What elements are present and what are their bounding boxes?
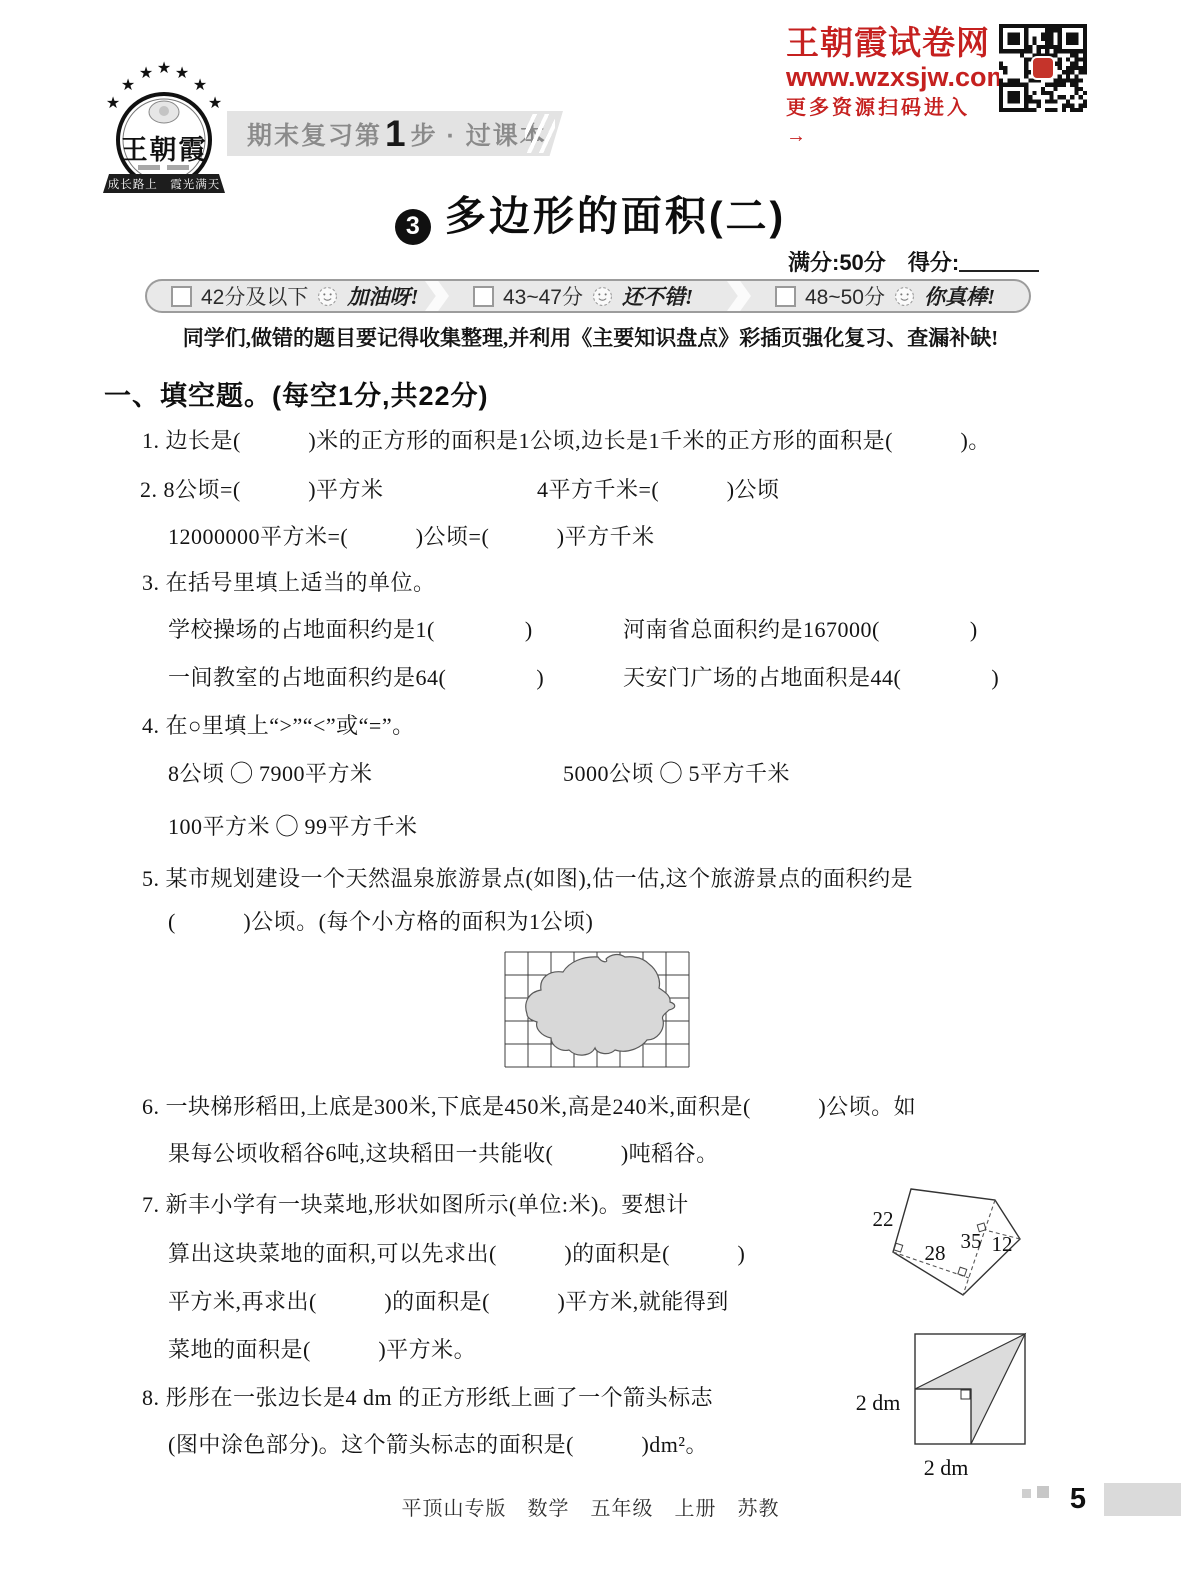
qr-code	[999, 24, 1087, 112]
banner-text-pre: 期末复习第	[247, 116, 382, 152]
section-heading: 一、填空题。(每空1分,共22分)	[104, 374, 489, 413]
question-2-line2: 12000000平方米=( )公顷=( )平方千米	[168, 520, 655, 551]
smiley-icon	[592, 286, 613, 307]
page-number: 5	[1052, 1481, 1104, 1518]
site-promo-block: 王朝霞试卷网 www.wzxsjw.com 更多资源扫码进入→	[786, 25, 992, 150]
question-3-item-b: 河南省总面积约是167000( )	[623, 613, 978, 644]
score-range-label: 42分及以下	[201, 281, 308, 311]
notice-book-title: 《主要知识盘点》	[571, 326, 739, 350]
question-4-item-b: 5000公顷 ◯ 5平方千米	[563, 757, 790, 788]
score-checkbox[interactable]	[473, 286, 494, 307]
height-label-12: 12	[992, 1232, 1013, 1256]
full-score-label: 满分:50分	[788, 250, 886, 275]
score-range-label: 48~50分	[805, 281, 885, 311]
qr-center-emblem-icon	[1033, 58, 1053, 78]
score-line: 满分:50分得分:	[788, 246, 1039, 277]
worksheet-page: ★★★ ★★★★ 王朝霞 成长路上 霞光满天 期末复习第1步 · 过课本 王朝霞…	[0, 0, 1181, 1582]
notice-pre: 同学们,做错的题目要记得收集整理,并利用	[183, 326, 572, 350]
question-5: 5. 某市规划建设一个天然温泉旅游景点(如图),估一估,这个旅游景点的面积约是	[142, 862, 913, 893]
question-7: 7. 新丰小学有一块菜地,形状如图所示(单位:米)。要想计	[142, 1188, 689, 1219]
logo-name: 王朝霞	[121, 135, 208, 165]
arrow-square-figure: 2 dm 2 dm	[840, 1326, 1040, 1486]
hot-spring-blob	[526, 955, 675, 1056]
svg-text:★: ★	[208, 93, 222, 112]
question-3-item-c: 一间教室的占地面积约是64( )	[168, 661, 544, 692]
question-7-line2: 算出这块菜地的面积,可以先求出( )的面积是( )	[168, 1237, 745, 1268]
score-remark: 你真棒!	[924, 281, 995, 311]
score-range-label: 43~47分	[503, 281, 583, 311]
question-6: 6. 一块梯形稻田,上底是300米,下底是450米,高是240米,面积是( )公…	[142, 1090, 916, 1121]
question-4: 4. 在○里填上“>”“<”或“=”。	[142, 709, 415, 740]
earned-score-blank[interactable]	[959, 252, 1039, 272]
question-6-line2: 果每公顷收稻谷6吨,这块稻田一共能收( )吨稻谷。	[168, 1137, 719, 1168]
svg-text:★: ★	[157, 60, 171, 77]
score-band-segment: 43~47分 还不错!	[449, 281, 727, 311]
score-checkbox[interactable]	[171, 286, 192, 307]
question-8-line2: (图中涂色部分)。这个箭头标志的面积是( )dm²。	[168, 1428, 708, 1459]
footer-deco-square	[1022, 1489, 1031, 1498]
bottom-length-label: 2 dm	[924, 1455, 969, 1480]
score-band-segment: 48~50分 你真棒!	[751, 281, 1029, 311]
score-range-band: 42分及以下 加油呀! 43~47分 还不错! 48~50分 你真棒!	[145, 279, 1031, 313]
svg-text:★: ★	[121, 75, 135, 94]
site-cta: 更多资源扫码进入→	[786, 94, 992, 150]
base-label-28: 28	[925, 1241, 946, 1265]
question-3: 3. 在括号里填上适当的单位。	[142, 566, 436, 597]
score-remark: 还不错!	[622, 281, 693, 311]
footer-edition-text: 平顶山专版 数学 五年级 上册 苏教	[0, 1492, 1181, 1521]
question-7-line4: 菜地的面积是( )平方米。	[168, 1333, 476, 1364]
earned-score-label: 得分:	[908, 250, 959, 275]
smiley-icon	[317, 286, 338, 307]
question-5-line2: ( )公顷。(每个小方格的面积为1公顷)	[168, 905, 593, 936]
review-notice: 同学们,做错的题目要记得收集整理,并利用《主要知识盘点》彩插页强化复习、查漏补缺…	[150, 322, 1031, 352]
question-3-item-d: 天安门广场的占地面积是44( )	[623, 661, 999, 692]
site-url: www.wzxsjw.com	[786, 61, 992, 93]
notice-post: 彩插页强化复习、查漏补缺!	[739, 326, 998, 350]
score-remark: 加油呀!	[347, 281, 418, 311]
page-title: 多边形的面积(二)	[445, 193, 786, 239]
site-title: 王朝霞试卷网	[786, 25, 992, 61]
score-checkbox[interactable]	[775, 286, 796, 307]
question-2-right: 4平方千米=( )公顷	[537, 473, 780, 504]
banner-text-post: 步 · 过课本	[411, 116, 547, 152]
footer-band	[1104, 1483, 1181, 1516]
question-4-item-c: 100平方米 ◯ 99平方千米	[168, 810, 418, 841]
grid-area-figure	[503, 950, 691, 1072]
svg-text:★: ★	[106, 93, 120, 112]
unit-number-badge: 3	[395, 209, 431, 245]
svg-text:★: ★	[175, 63, 189, 82]
footer-deco-square	[1037, 1486, 1049, 1498]
question-8: 8. 彤彤在一张边长是4 dm 的正方形纸上画了一个箭头标志	[142, 1381, 713, 1412]
score-band-segment: 42分及以下 加油呀!	[147, 281, 425, 311]
svg-text:★: ★	[193, 75, 207, 94]
question-7-line3: 平方米,再求出( )的面积是( )平方米,就能得到	[168, 1285, 729, 1316]
paper-title-row: 3多边形的面积(二)	[0, 183, 1181, 245]
vegetable-plot-figure: 22 28 35 12	[853, 1172, 1038, 1307]
svg-text:★: ★	[139, 63, 153, 82]
question-2-left: 2. 8公顷=( )平方米	[140, 473, 384, 504]
band-separator	[727, 281, 751, 311]
side-length-label: 2 dm	[856, 1390, 901, 1415]
question-3-item-a: 学校操场的占地面积约是1( )	[168, 613, 533, 644]
banner-step-number: 1	[385, 115, 408, 152]
question-1: 1. 边长是( )米的正方形的面积是1公顷,边长是1千米的正方形的面积是( )。	[142, 424, 991, 455]
band-separator	[425, 281, 449, 311]
side-label-22: 22	[873, 1207, 894, 1231]
diagonal-label-35: 35	[961, 1229, 982, 1253]
question-4-item-a: 8公顷 ◯ 7900平方米	[168, 757, 373, 788]
chapter-banner: 期末复习第1步 · 过课本	[227, 111, 563, 156]
smiley-icon	[894, 286, 915, 307]
